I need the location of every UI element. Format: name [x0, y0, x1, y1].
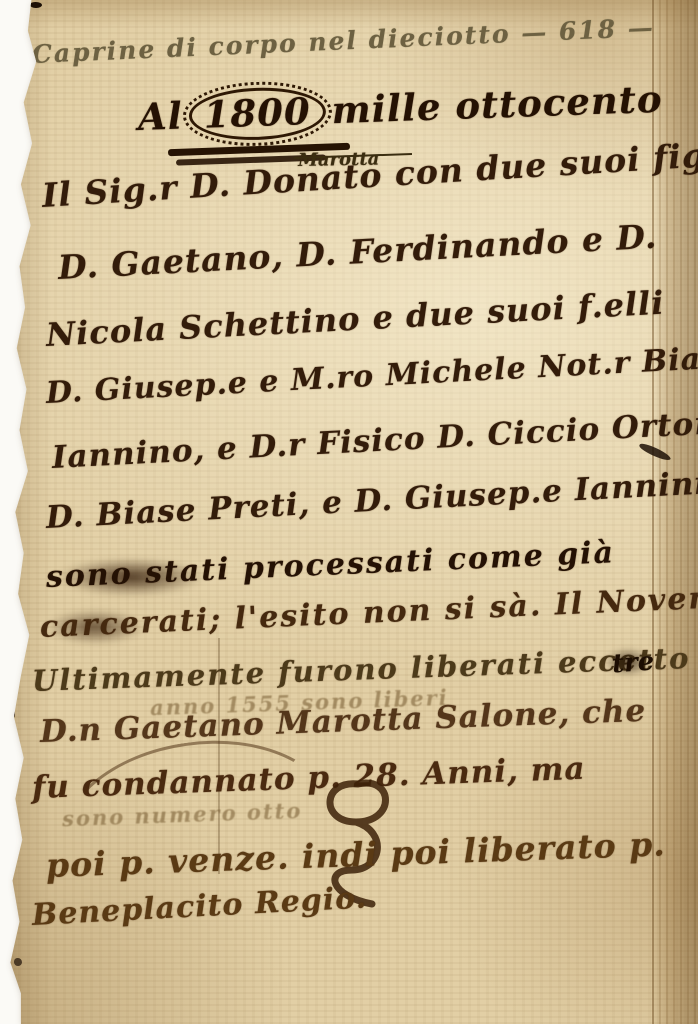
manuscript-line: Beneplacito Regio. [31, 880, 368, 933]
manuscript-line: D. Biase Preti, e D. Giusep.e Iannini [45, 465, 698, 536]
manuscript-line: Nicola Schettino e due suoi f.elli [45, 284, 665, 354]
date-words: mille ottocento [331, 77, 663, 133]
torn-edge-speck [10, 414, 19, 422]
torn-edge-speck [12, 62, 20, 76]
manuscript-header-line: Caprine di corpo nel dieciotto — 618 — [31, 13, 655, 69]
manuscript-paper: Caprine di corpo nel dieciotto — 618 — A… [0, 0, 698, 1024]
date-prefix: Al [137, 93, 183, 139]
manuscript-line-overwritten: sono stati processati come già [45, 535, 615, 595]
torn-edge-speck [16, 190, 22, 200]
torn-edge-speck [8, 604, 15, 613]
superscript-correction: tre [611, 647, 655, 680]
paper-shadow-wrap: Caprine di corpo nel dieciotto — 618 — A… [0, 0, 698, 1024]
torn-edge-speck [6, 708, 15, 720]
torn-edge-speck [14, 958, 22, 966]
circled-year: 1800 [188, 85, 327, 142]
manuscript-line: D. Gaetano, D. Ferdinando e D. [57, 217, 658, 287]
manuscript-scan: Caprine di corpo nel dieciotto — 618 — A… [0, 0, 698, 1024]
manuscript-line: Il Sig.r D. Donato con due suoi figli [41, 134, 698, 215]
manuscript-line: D. Giusep.e e M.ro Michele Not.r Biase [45, 340, 698, 411]
manuscript-line: Iannino, e D.r Fisico D. Ciccio Ortore [51, 404, 698, 476]
torn-edge-speck [30, 2, 42, 8]
manuscript-date-line: Al1800mille ottocento [137, 74, 663, 144]
